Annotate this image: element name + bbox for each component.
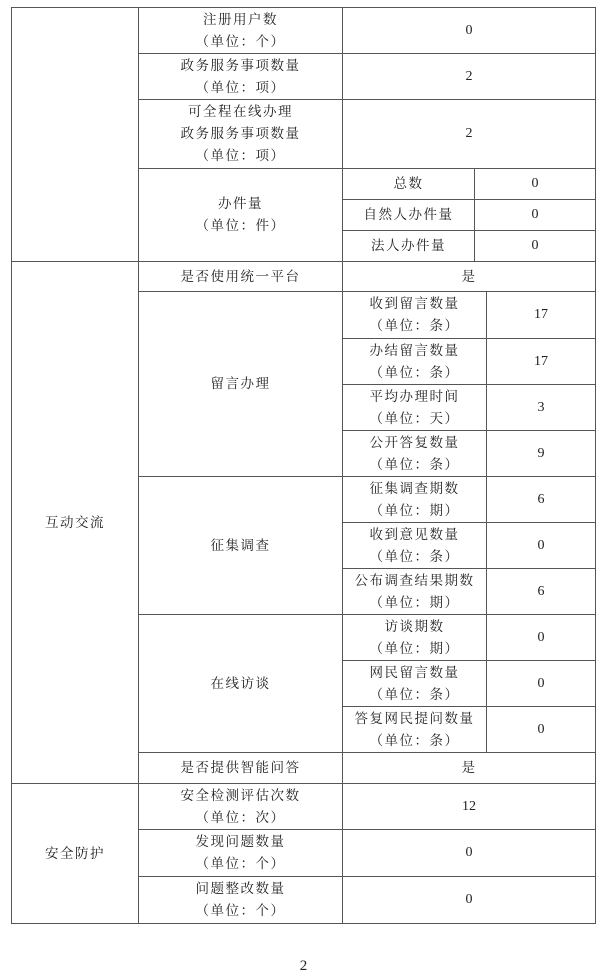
messages-closed-label: 办结留言数量 （单位：条） [342,338,487,385]
online-service-items-value: 2 [342,99,596,169]
issues-fixed-value: 0 [342,876,596,924]
interview-periods-value: 0 [486,614,596,661]
section-security-label: 安全防护 [11,783,139,924]
unified-platform-value: 是 [342,261,596,292]
messages-received-value: 17 [486,291,596,339]
avg-handling-time-label: 平均办理时间 （单位：天） [342,384,487,431]
registered-users-label: 注册用户数 （单位：个） [138,7,343,54]
security-assessments-value: 12 [342,783,596,830]
avg-handling-time-value: 3 [486,384,596,431]
registered-users-value: 0 [342,7,596,54]
survey-results-published-label: 公布调查结果期数 （单位：期） [342,568,487,615]
page-number: 2 [0,958,607,975]
online-interview-label: 在线访谈 [138,614,343,753]
netizen-replies-value: 0 [486,706,596,753]
service-items-label: 政务服务事项数量 （单位：项） [138,53,343,100]
case-natural-person-label: 自然人办件量 [342,199,475,231]
netizen-replies-label: 答复网民提问数量 （单位：条） [342,706,487,753]
issues-found-label: 发现问题数量 （单位：个） [138,829,343,877]
smart-qa-value: 是 [342,752,596,784]
netizen-messages-label: 网民留言数量 （单位：条） [342,660,487,707]
smart-qa-label: 是否提供智能问答 [138,752,343,784]
case-total-value: 0 [474,168,596,200]
messages-received-label: 收到留言数量 （单位：条） [342,291,487,339]
netizen-messages-value: 0 [486,660,596,707]
messages-closed-value: 17 [486,338,596,385]
online-service-items-label: 可全程在线办理 政务服务事项数量 （单位：项） [138,99,343,169]
interview-periods-label: 访谈期数 （单位：期） [342,614,487,661]
case-total-label: 总数 [342,168,475,200]
case-volume-label: 办件量 （单位：件） [138,168,343,262]
service-items-value: 2 [342,53,596,100]
unified-platform-label: 是否使用统一平台 [138,261,343,292]
survey-label: 征集调查 [138,476,343,615]
public-replies-value: 9 [486,430,596,477]
opinions-received-label: 收到意见数量 （单位：条） [342,522,487,569]
issues-fixed-label: 问题整改数量 （单位：个） [138,876,343,924]
issues-found-value: 0 [342,829,596,877]
security-assessments-label: 安全检测评估次数 （单位：次） [138,783,343,830]
case-legal-person-label: 法人办件量 [342,230,475,262]
survey-results-published-value: 6 [486,568,596,615]
section-interaction-label: 互动交流 [11,261,139,784]
survey-periods-value: 6 [486,476,596,523]
section-service-cell [11,7,139,262]
survey-periods-label: 征集调查期数 （单位：期） [342,476,487,523]
opinions-received-value: 0 [486,522,596,569]
case-natural-person-value: 0 [474,199,596,231]
public-replies-label: 公开答复数量 （单位：条） [342,430,487,477]
message-handling-label: 留言办理 [138,291,343,477]
case-legal-person-value: 0 [474,230,596,262]
